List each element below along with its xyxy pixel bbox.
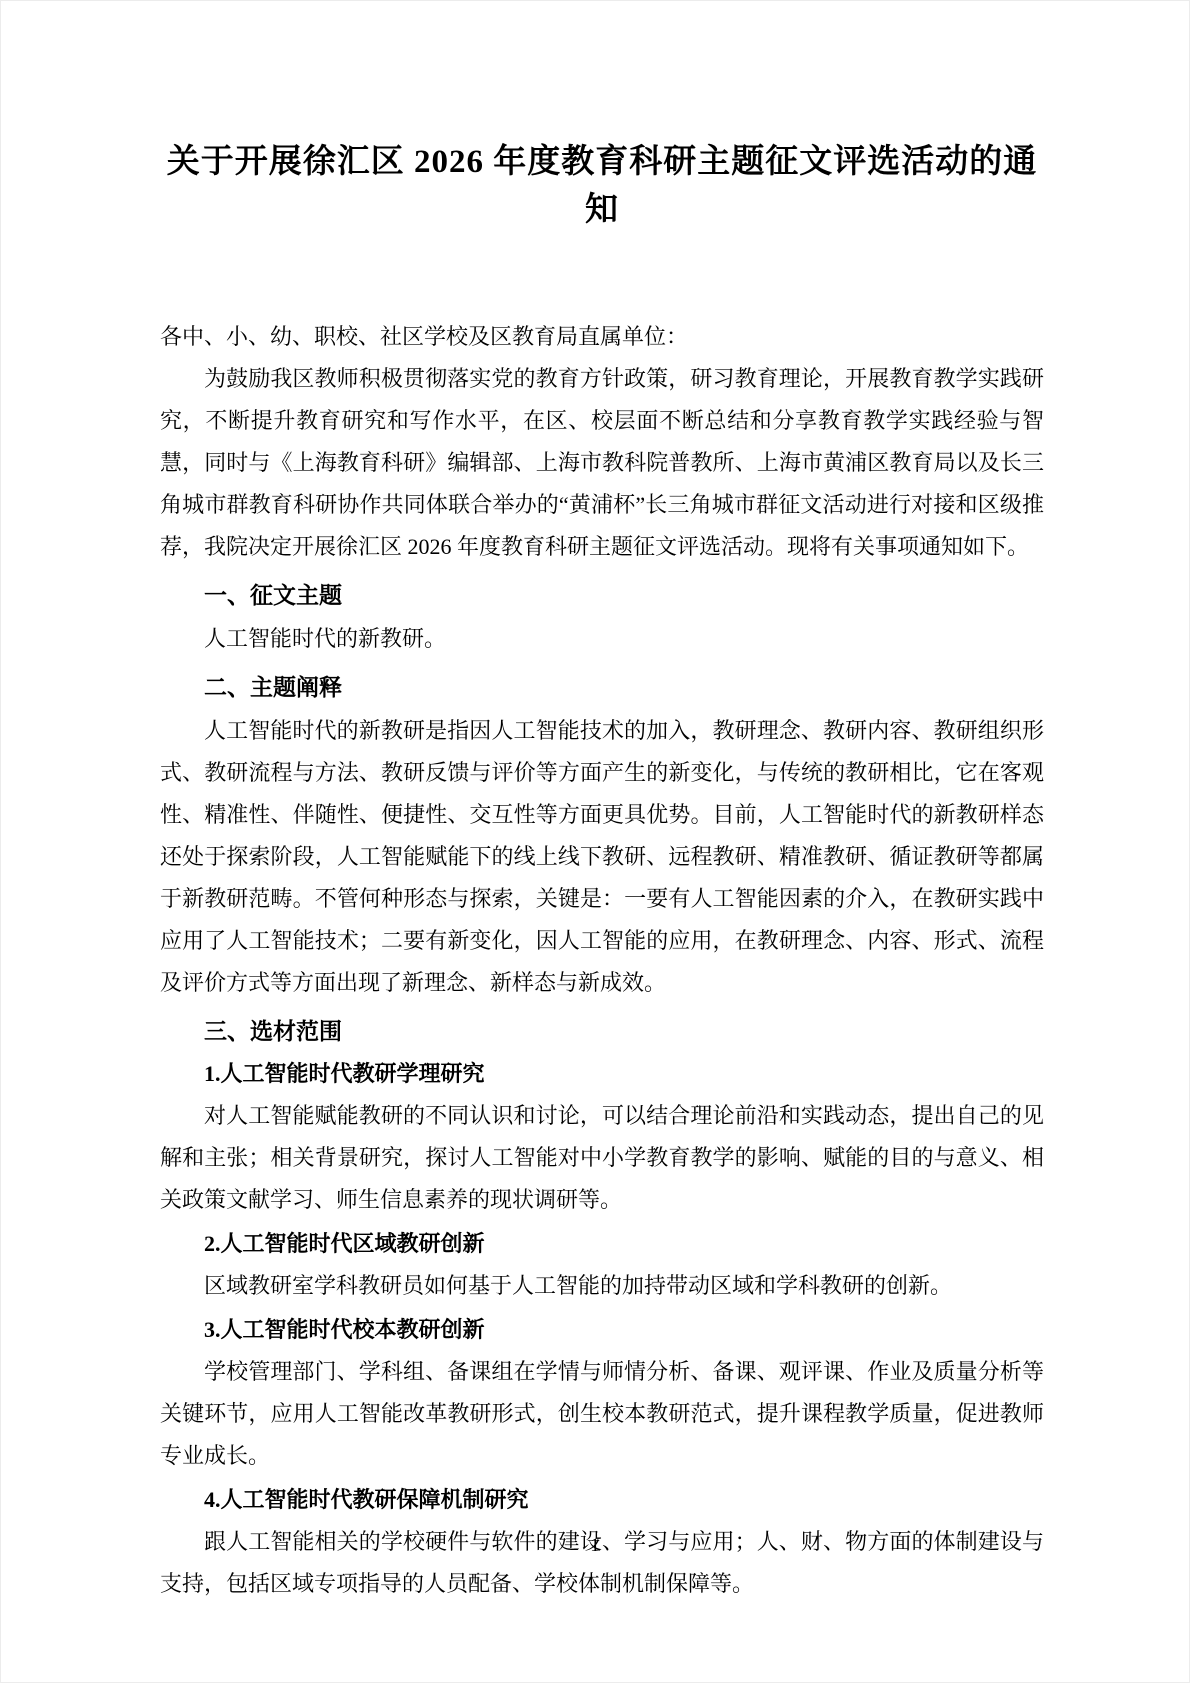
section-body-theme-explanation: 人工智能时代的新教研是指因人工智能技术的加入，教研理念、教研内容、教研组织形式、… <box>160 710 1044 1004</box>
section-heading-theme-explanation: 二、主题阐释 <box>160 667 1044 707</box>
subsection-body-1: 对人工智能赋能教研的不同认识和讨论，可以结合理论前沿和实践动态，提出自己的见解和… <box>160 1095 1044 1221</box>
subsection-body-4: 跟人工智能相关的学校硬件与软件的建设、学习与应用；人、财、物方面的体制建设与支持… <box>160 1521 1044 1605</box>
subsection-body-3: 学校管理部门、学科组、备课组在学情与师情分析、备课、观评课、作业及质量分析等关键… <box>160 1351 1044 1477</box>
intro-paragraph: 为鼓励我区教师积极贯彻落实党的教育方针政策，研习教育理论，开展教育教学实践研究，… <box>160 358 1044 568</box>
section-body-essay-theme: 人工智能时代的新教研。 <box>160 618 1044 660</box>
document-title: 关于开展徐汇区 2026 年度教育科研主题征文评选活动的通知 <box>160 138 1044 234</box>
subsection-heading-1: 1.人工智能时代教研学理研究 <box>160 1054 1044 1094</box>
salutation-line: 各中、小、幼、职校、社区学校及区教育局直属单位： <box>160 316 1044 358</box>
subsection-heading-4: 4.人工智能时代教研保障机制研究 <box>160 1480 1044 1520</box>
document-content: 关于开展徐汇区 2026 年度教育科研主题征文评选活动的通知 各中、小、幼、职校… <box>160 138 1044 1605</box>
section-heading-material-scope: 三、选材范围 <box>160 1011 1044 1051</box>
page-number: 1 <box>0 1535 1190 1557</box>
subsection-body-2: 区域教研室学科教研员如何基于人工智能的加持带动区域和学科教研的创新。 <box>160 1265 1044 1307</box>
document-page: 关于开展徐汇区 2026 年度教育科研主题征文评选活动的通知 各中、小、幼、职校… <box>0 0 1190 1683</box>
section-heading-essay-theme: 一、征文主题 <box>160 575 1044 615</box>
subsection-heading-3: 3.人工智能时代校本教研创新 <box>160 1310 1044 1350</box>
subsection-heading-2: 2.人工智能时代区域教研创新 <box>160 1224 1044 1264</box>
